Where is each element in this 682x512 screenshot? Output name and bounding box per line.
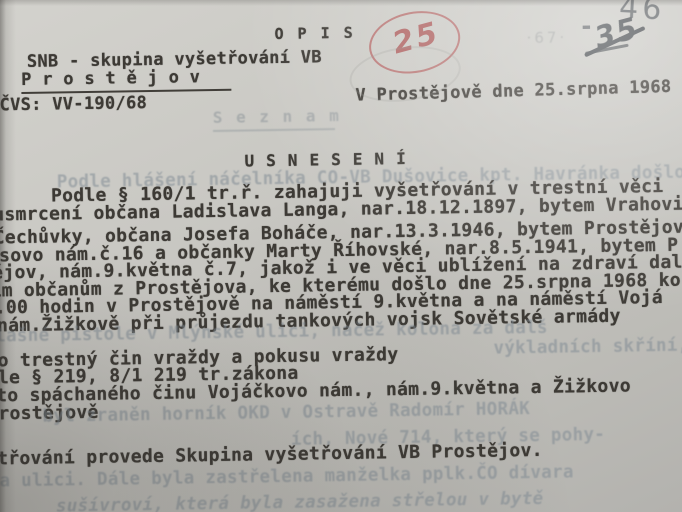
copy-label: O P I S <box>274 24 355 43</box>
faint-pencil-marks: ·67· <box>526 28 567 47</box>
ghost-seznam-label: S e z n a m <box>213 106 335 132</box>
file-number: ČVS: VV-190/68 <box>0 93 147 115</box>
ghost-line: sušívroví, která byla zasažena střelou v… <box>56 489 544 512</box>
document-content: O P I S SNB - skupina vyšetřování VB P r… <box>0 0 682 512</box>
org-city-underlined: P r o s t ě j o v <box>21 67 231 94</box>
pencil-dash-mark: - <box>581 12 591 40</box>
ghost-line: výkladních skříní, <box>493 336 682 359</box>
document-photo: O P I S SNB - skupina vyšetřování VB P r… <box>0 0 682 512</box>
